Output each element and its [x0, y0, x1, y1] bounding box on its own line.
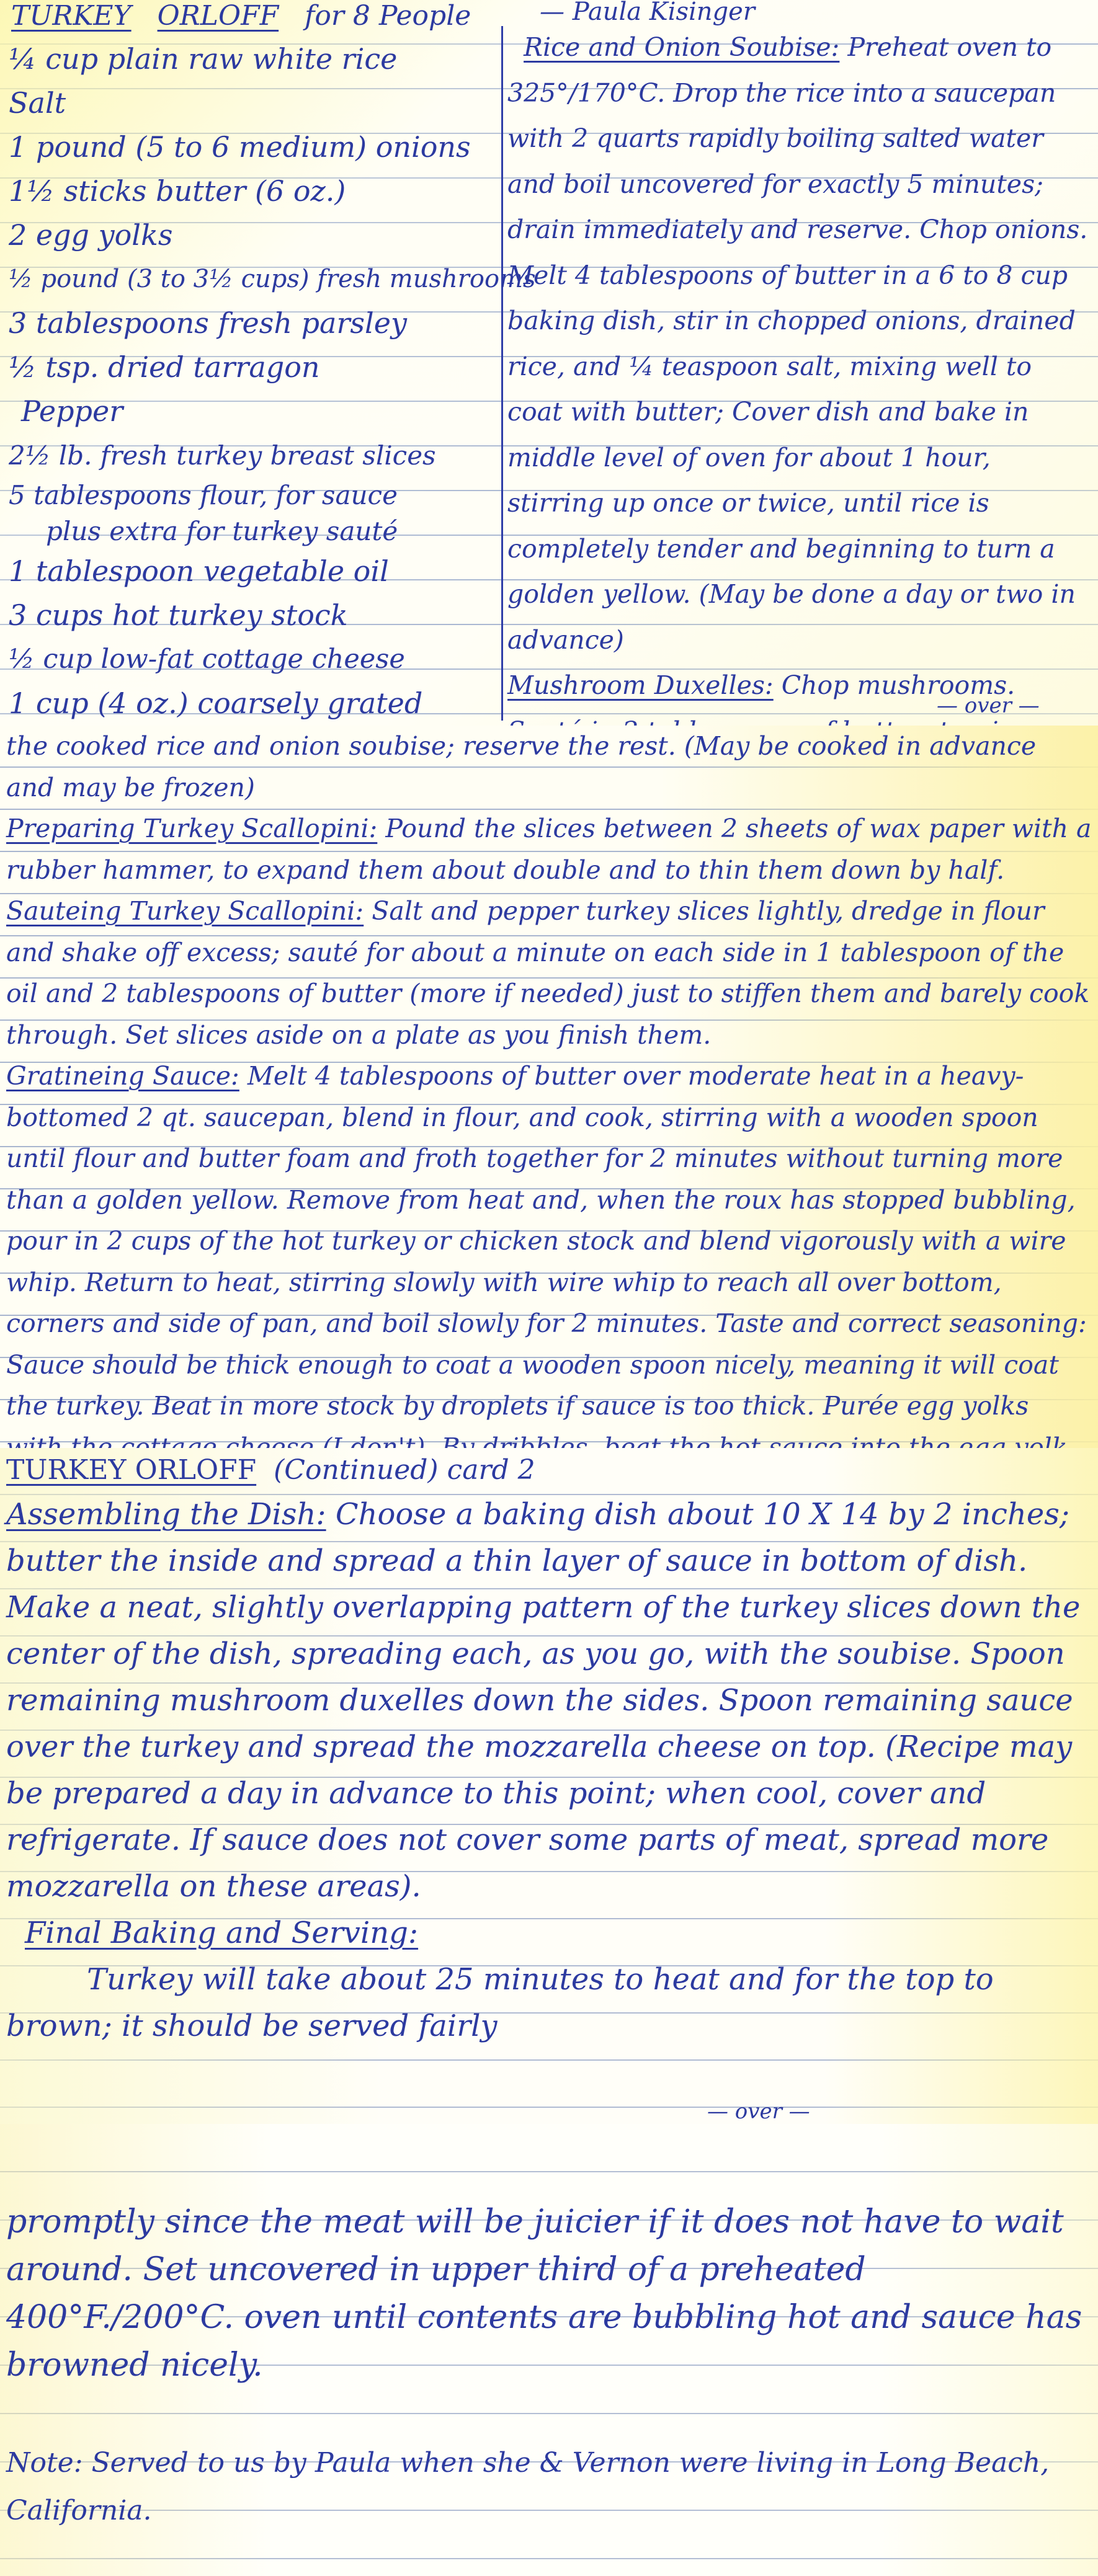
card2-title: TURKEY ORLOFF (Continued) card 2: [6, 1454, 535, 1486]
final-heading: Final Baking and Serving:: [25, 1916, 418, 1950]
over-note: — over —: [937, 693, 1040, 718]
ingredient: ¼ cup plain raw white rice: [9, 37, 499, 81]
attribution: — Paula Kisinger: [540, 0, 755, 26]
ingredient: ½ pound (3 to 3½ cups) fresh mushrooms: [9, 257, 499, 301]
ingredient: 2 egg yolks: [9, 213, 499, 257]
soubise-step: Rice and Onion Soubise: Preheat oven to …: [507, 25, 1094, 663]
gratineing-text: Melt 4 tablespoons of butter over modera…: [6, 1061, 1087, 1448]
preparing-step: Preparing Turkey Scallopini: Pound the s…: [6, 808, 1092, 890]
column-divider: [501, 26, 503, 721]
card2-title-text: TURKEY ORLOFF: [6, 1454, 256, 1486]
sauteing-step: Sauteing Turkey Scallopini: Salt and pep…: [6, 890, 1092, 1055]
ingredient: ½ cup low-fat cottage cheese: [9, 637, 499, 682]
assembling-step: Assembling the Dish: Choose a baking dis…: [6, 1491, 1092, 1910]
soubise-text: Preheat oven to 325°/170°C. Drop the ric…: [507, 32, 1087, 655]
ingredient: 3 cups hot turkey stock: [9, 593, 499, 637]
gratineing-step: Gratineing Sauce: Melt 4 tablespoons of …: [6, 1055, 1092, 1448]
ingredients-list: ¼ cup plain raw white rice Salt 1 pound …: [9, 37, 499, 726]
ingredient: 1 pound (5 to 6 medium) onions: [9, 125, 499, 169]
card2-subtitle: (Continued) card 2: [274, 1454, 535, 1486]
duxelles-heading: Mushroom Duxelles:: [507, 670, 774, 700]
ingredient: ½ tsp. dried tarragon: [9, 345, 499, 389]
final-heading-line: Final Baking and Serving:: [6, 1910, 1092, 1956]
servings: for 8 People: [305, 0, 471, 32]
continuation-text: promptly since the meat will be juicier …: [6, 2198, 1092, 2389]
over-note: — over —: [707, 2099, 810, 2124]
preparing-heading: Preparing Turkey Scallopini:: [6, 814, 377, 843]
recipe-card-1-front: TURKEY ORLOFF for 8 People — Paula Kisin…: [0, 0, 1098, 726]
ingredient: 3 tablespoons fresh parsley: [9, 301, 499, 345]
sauteing-heading: Sauteing Turkey Scallopini:: [6, 896, 364, 926]
card1-back-text: the cooked rice and onion soubise; reser…: [6, 726, 1092, 1448]
card2-text: Assembling the Dish: Choose a baking dis…: [6, 1491, 1092, 2050]
ingredient: 2½ lb. fresh turkey breast slices: [9, 433, 499, 477]
ingredient: 1 tablespoon vegetable oil: [9, 549, 499, 593]
gratineing-heading: Gratineing Sauce:: [6, 1061, 239, 1091]
ingredient: 1 cup (4 oz.) coarsely grated: [9, 682, 499, 726]
title-orloff: ORLOFF: [158, 0, 279, 32]
assembling-text: Choose a baking dish about 10 X 14 by 2 …: [6, 1497, 1080, 1904]
assembling-heading: Assembling the Dish:: [6, 1497, 326, 1532]
recipe-card-1-back: the cooked rice and onion soubise; reser…: [0, 726, 1098, 1448]
ingredient-continued: plus extra for turkey sauté: [9, 513, 499, 549]
final-text: Turkey will take about 25 minutes to hea…: [6, 1956, 1092, 2050]
recipe-card-2-front: TURKEY ORLOFF (Continued) card 2 Assembl…: [0, 1448, 1098, 2124]
ingredient: Pepper: [9, 389, 499, 433]
ingredient: Salt: [9, 81, 499, 125]
recipe-card-2-back: promptly since the meat will be juicier …: [0, 2124, 1098, 2576]
continuation-text: the cooked rice and onion soubise; reser…: [6, 726, 1092, 808]
ingredient: 5 tablespoons flour, for sauce: [9, 477, 499, 513]
title-turkey: TURKEY: [11, 0, 132, 32]
ingredient: 1½ sticks butter (6 oz.): [9, 169, 499, 213]
note: Note: Served to us by Paula when she & V…: [6, 2439, 1092, 2534]
instructions-column: Rice and Onion Soubise: Preheat oven to …: [507, 25, 1094, 726]
card2-back-text: promptly since the meat will be juicier …: [6, 2198, 1092, 2534]
soubise-heading: Rice and Onion Soubise:: [524, 32, 839, 62]
recipe-title: TURKEY ORLOFF for 8 People: [11, 0, 471, 32]
